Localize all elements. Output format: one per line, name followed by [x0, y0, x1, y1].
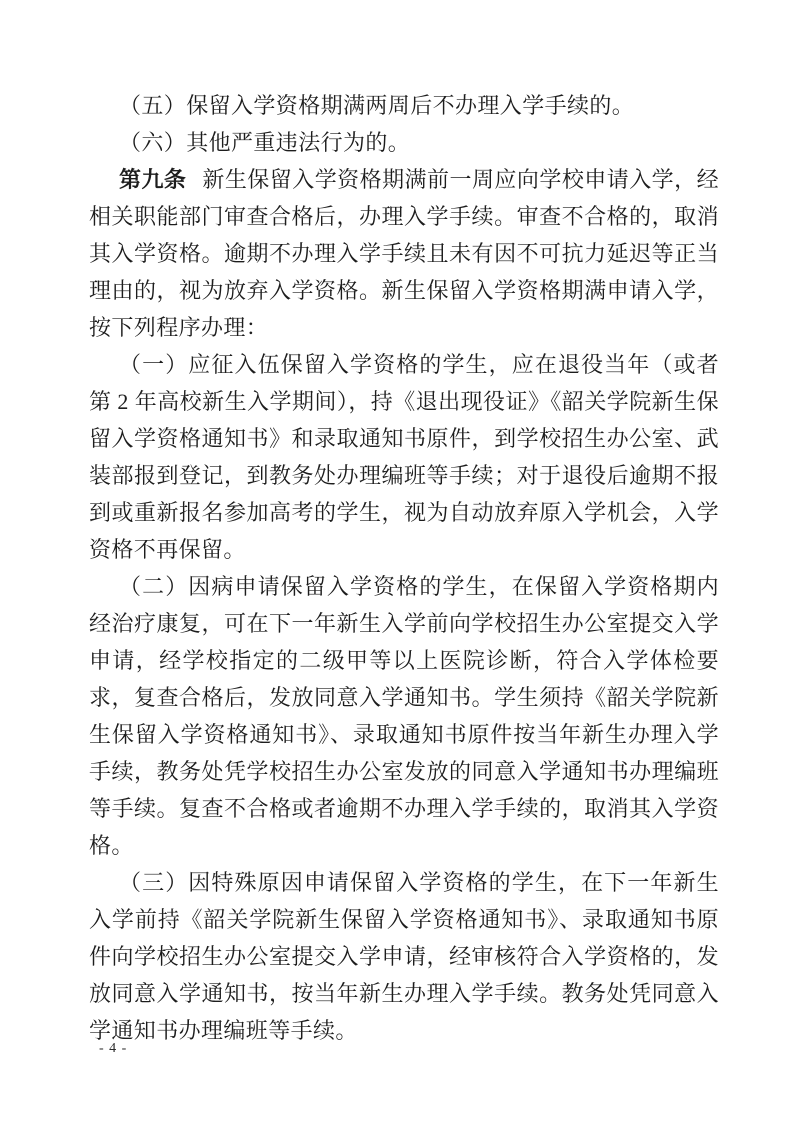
clause-text: （五）保留入学资格期满两周后不办理入学手续的。 — [119, 93, 634, 118]
procedure-text: （三）因特殊原因申请保留入学资格的学生，在下一年新生入学前持《韶关学院新生保留入… — [89, 870, 719, 1043]
procedure-item-1: （一）应征入伍保留入学资格的学生，应在退役当年（或者第 2 年高校新生入学期间）… — [89, 346, 719, 568]
document-page: （五）保留入学资格期满两周后不办理入学手续的。 （六）其他严重违法行为的。 第九… — [0, 0, 793, 1122]
procedure-text: （二）因病申请保留入学资格的学生，在保留入学资格期内经治疗康复，可在下一年新生入… — [89, 574, 719, 858]
procedure-item-2: （二）因病申请保留入学资格的学生，在保留入学资格期内经治疗康复，可在下一年新生入… — [89, 568, 719, 864]
document-body: （五）保留入学资格期满两周后不办理入学手续的。 （六）其他严重违法行为的。 第九… — [89, 87, 719, 1049]
clause-item-6: （六）其他严重违法行为的。 — [89, 124, 719, 161]
article-number: 第九条 — [119, 167, 186, 192]
clause-text: （六）其他严重违法行为的。 — [119, 130, 410, 155]
procedure-text: （一）应征入伍保留入学资格的学生，应在退役当年（或者第 2 年高校新生入学期间）… — [89, 352, 719, 562]
article-9-paragraph: 第九条 新生保留入学资格期满前一周应向学校申请入学，经相关职能部门审查合格后，办… — [89, 161, 719, 346]
procedure-item-3: （三）因特殊原因申请保留入学资格的学生，在下一年新生入学前持《韶关学院新生保留入… — [89, 864, 719, 1049]
clause-item-5: （五）保留入学资格期满两周后不办理入学手续的。 — [89, 87, 719, 124]
article-text: 新生保留入学资格期满前一周应向学校申请入学，经相关职能部门审查合格后，办理入学手… — [89, 167, 719, 340]
page-number: - 4 - — [99, 1041, 127, 1057]
